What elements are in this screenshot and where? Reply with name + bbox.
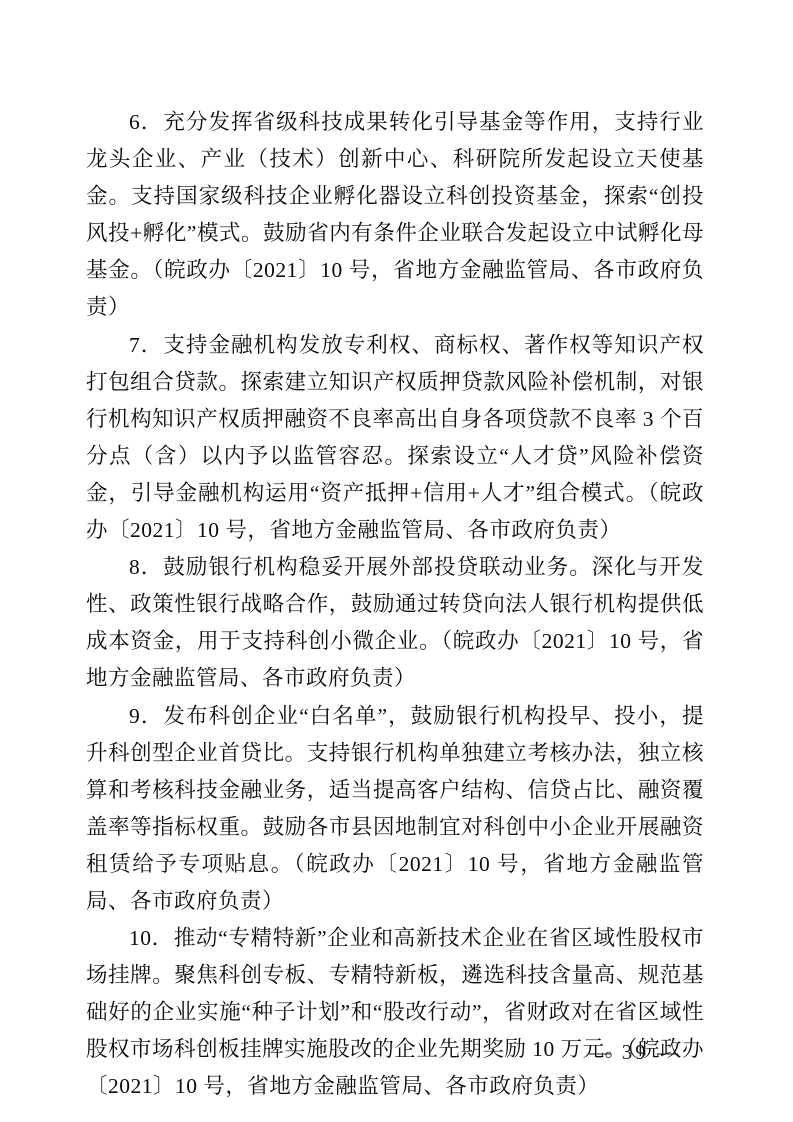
paragraph-item-6: 6．充分发挥省级科技成果转化引导基金等作用，支持行业龙头企业、产业（技术）创新中… [86, 104, 704, 327]
paragraph-item-8: 8．鼓励银行机构稳妥开展外部投贷联动业务。深化与开发性、政策性银行战略合作，鼓励… [86, 549, 704, 697]
paragraph-item-7: 7．支持金融机构发放专利权、商标权、著作权等知识产权打包组合贷款。探索建立知识产… [86, 327, 704, 550]
paragraph-item-10: 10．推动“专精特新”企业和高新技术企业在省区域性股权市场挂牌。聚焦科创专板、专… [86, 920, 704, 1105]
document-page: 6．充分发挥省级科技成果转化引导基金等作用，支持行业龙头企业、产业（技术）创新中… [0, 0, 793, 1122]
paragraph-item-9: 9．发布科创企业“白名单”，鼓励银行机构投早、投小，提升科创型企业首贷比。支持银… [86, 698, 704, 921]
page-number: — 39 — [590, 1039, 682, 1065]
document-body: 6．充分发挥省级科技成果转化引导基金等作用，支持行业龙头企业、产业（技术）创新中… [86, 104, 704, 1106]
